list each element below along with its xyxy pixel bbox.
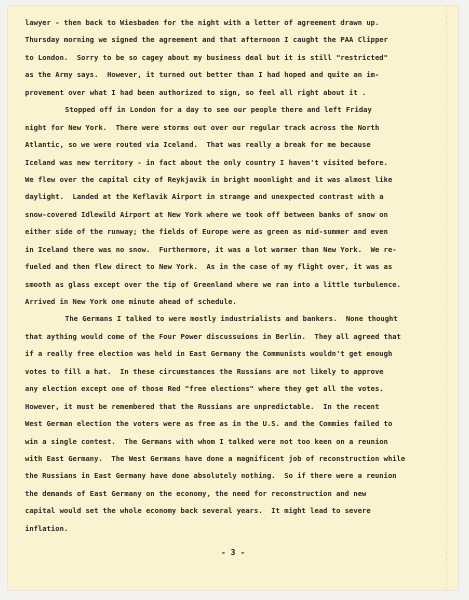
text-line: win a single contest. The Germans with w… [25, 433, 445, 450]
paper-fold-line [446, 6, 447, 590]
text-line: any election except one of those Red "fr… [25, 380, 445, 397]
text-line: Stopped off in London for a day to see o… [25, 101, 445, 118]
text-line: that aything would come of the Four Powe… [25, 328, 445, 345]
paragraph-2: Stopped off in London for a day to see o… [25, 101, 445, 310]
text-line: to London. Sorry to be so cagey about my… [25, 49, 445, 66]
text-line: the demands of East Germany on the econo… [25, 485, 445, 502]
text-line: Iceland was new territory - in fact abou… [25, 154, 445, 171]
text-line: Thursday morning we signed the agreement… [25, 31, 445, 48]
text-line: provement over what I had been authorize… [25, 84, 445, 101]
text-line: the Russians in East Germany have done a… [25, 467, 445, 484]
text-line: snow-covered Idlewild Airport at New Yor… [25, 206, 445, 223]
text-line: capital would set the whole economy back… [25, 502, 445, 519]
paragraph-3: The Germans I talked to were mostly indu… [25, 310, 445, 537]
text-line: inflation. [25, 520, 445, 537]
page-number: - 3 - [8, 548, 458, 557]
text-line: smooth as glass except over the tip of G… [25, 276, 445, 293]
text-line: night for New York. There were storms ou… [25, 119, 445, 136]
typewritten-body: lawyer - then back to Wiesbaden for the … [25, 14, 445, 537]
paragraph-1: lawyer - then back to Wiesbaden for the … [25, 14, 445, 101]
text-line: daylight. Landed at the Keflavik Airport… [25, 188, 445, 205]
text-line: fueled and then flew direct to New York.… [25, 258, 445, 275]
text-line: However, it must be remembered that the … [25, 398, 445, 415]
text-line: The Germans I talked to were mostly indu… [25, 310, 445, 327]
text-line: either side of the runway; the fields of… [25, 223, 445, 240]
text-line: lawyer - then back to Wiesbaden for the … [25, 14, 445, 31]
text-line: We flew over the capital city of Reykjav… [25, 171, 445, 188]
text-line: with East Germany. The West Germans have… [25, 450, 445, 467]
text-line: if a really free election was held in Ea… [25, 345, 445, 362]
text-line: West German election the voters were as … [25, 415, 445, 432]
text-line: as the Army says. However, it turned out… [25, 66, 445, 83]
text-line: Atlantic, so we were routed via Iceland.… [25, 136, 445, 153]
text-line: Arrived in New York one minute ahead of … [25, 293, 445, 310]
text-line: in Iceland there was no snow. Furthermor… [25, 241, 445, 258]
text-line: votes to fill a hat. In these circumstan… [25, 363, 445, 380]
document-page: lawyer - then back to Wiesbaden for the … [8, 6, 458, 590]
